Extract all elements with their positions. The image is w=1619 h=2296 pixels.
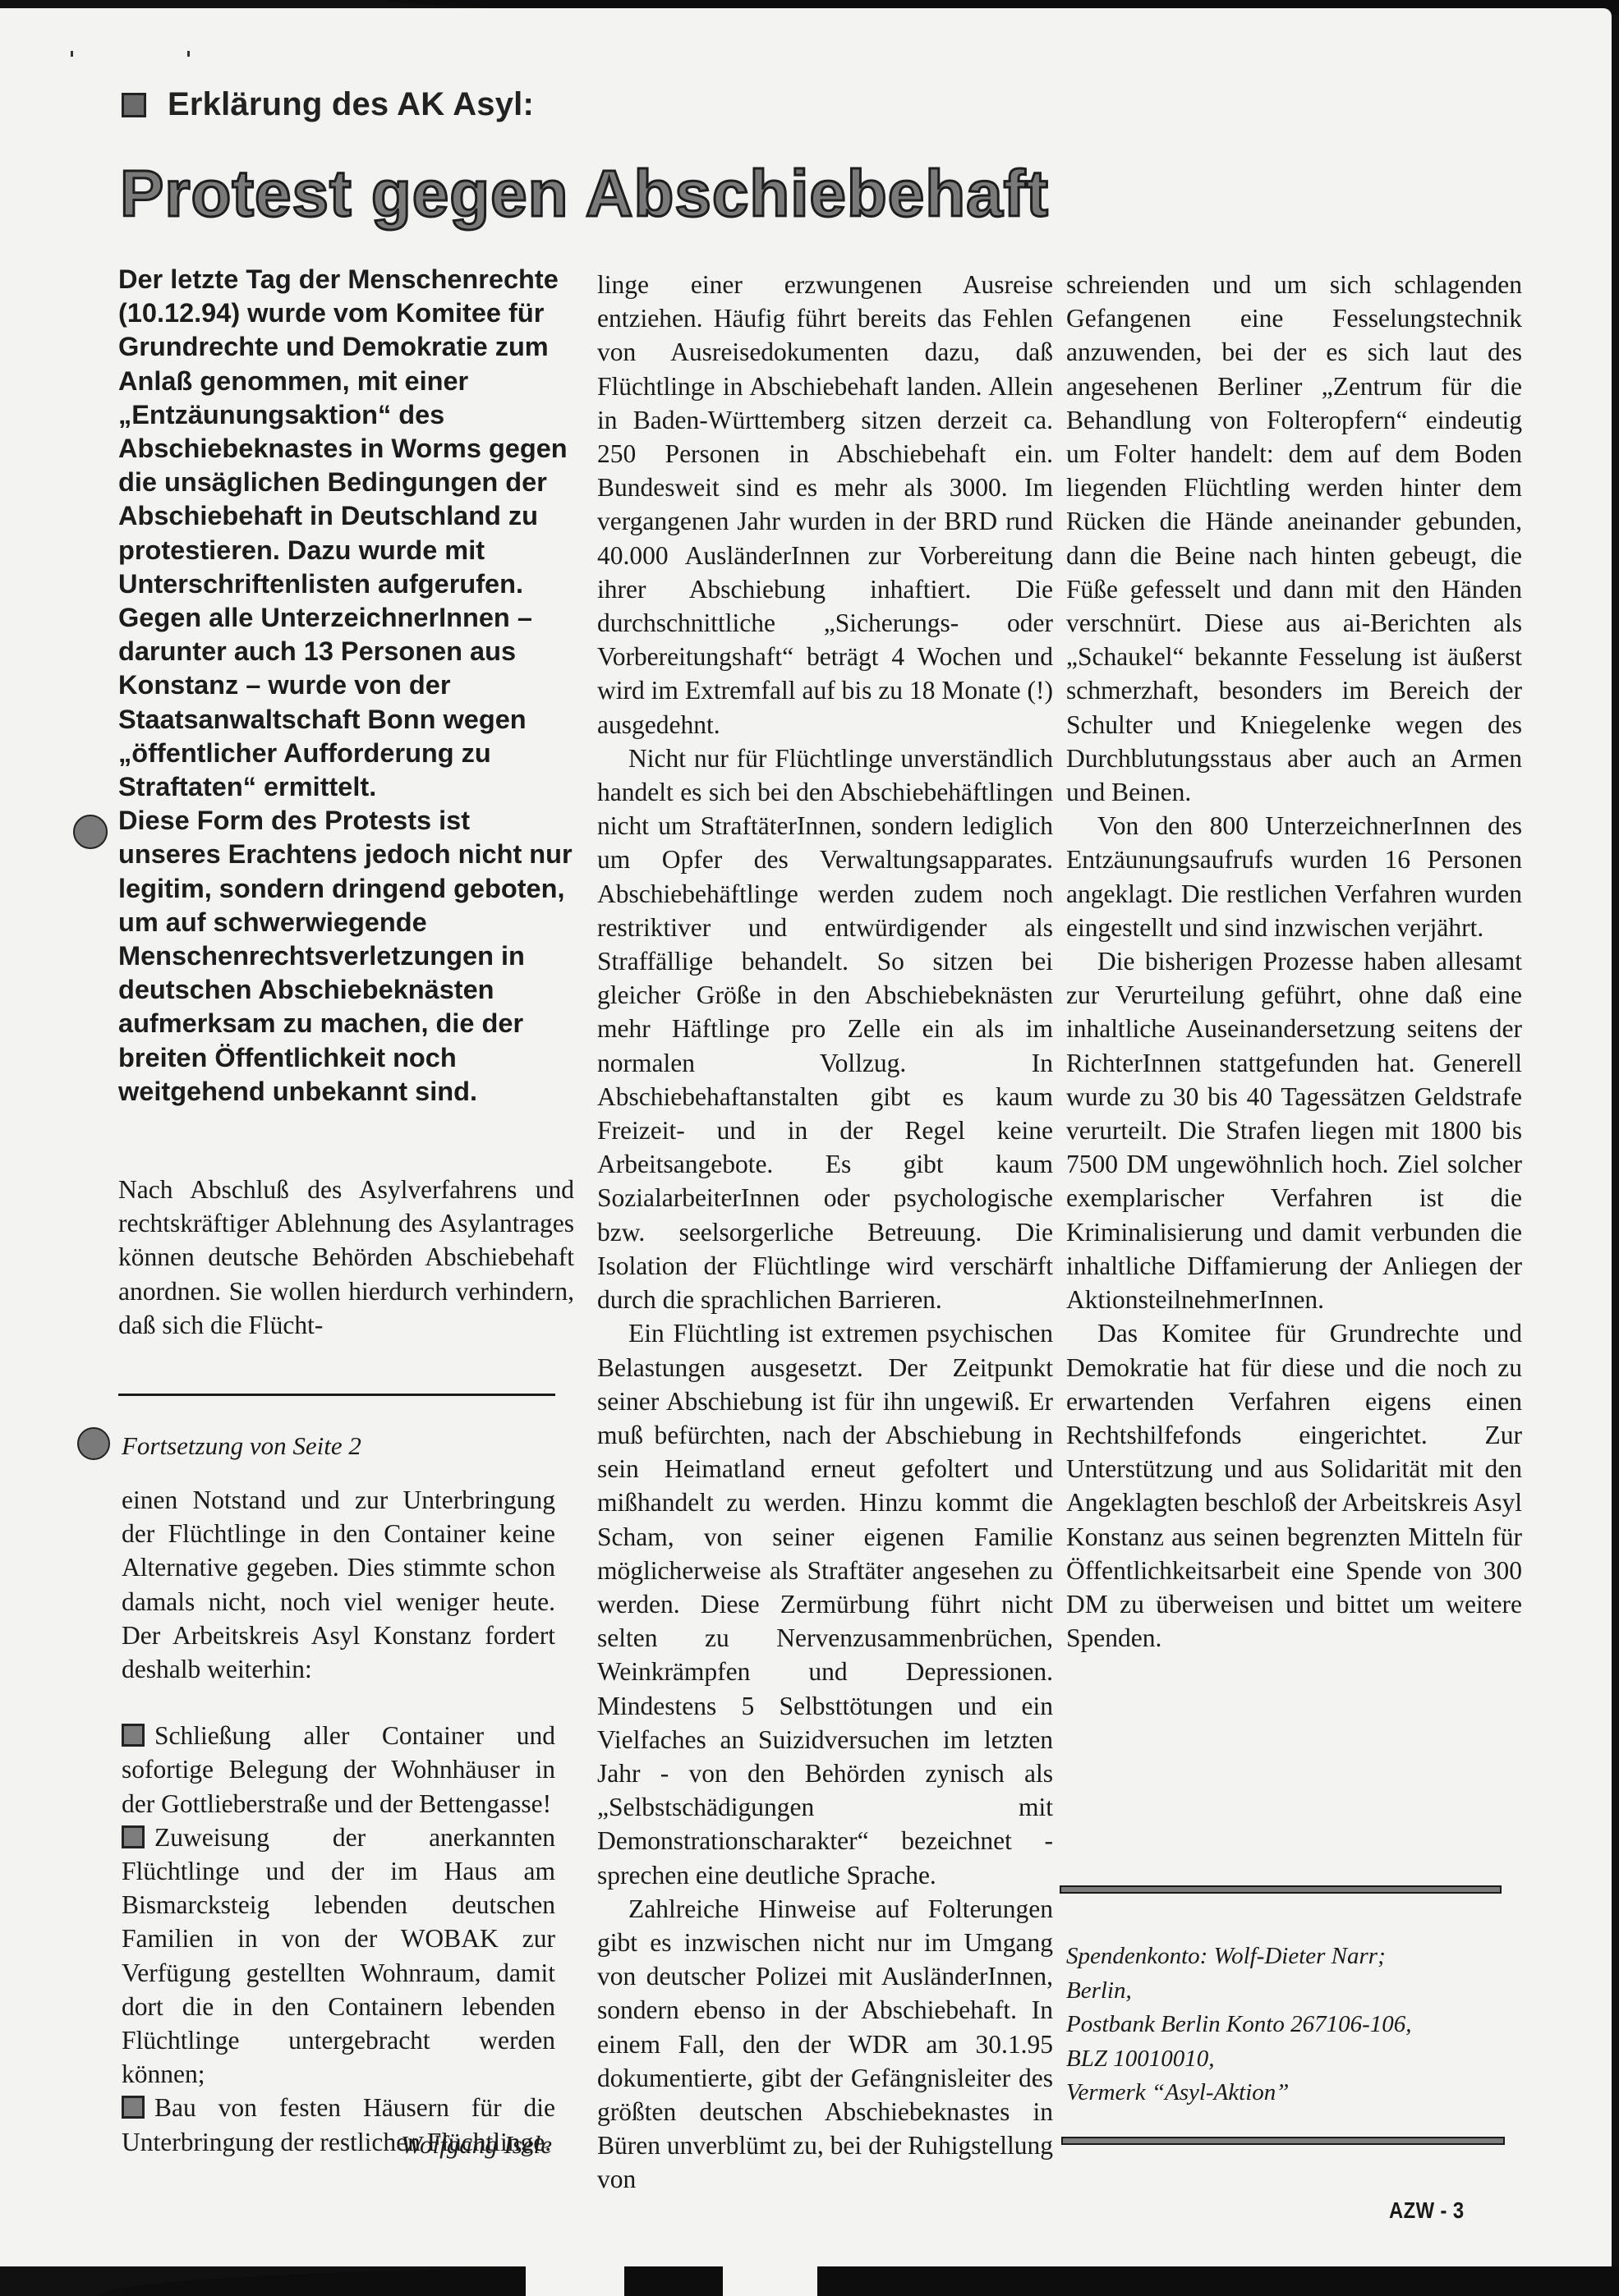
continuation-intro: einen Notstand und zur Unterbringung der… [122, 1483, 555, 1686]
demand-item-2: Zuweisung der anerkannten Flüchtlinge un… [122, 1821, 555, 2092]
column-3: schreienden und um sich schlagenden Gefa… [1066, 268, 1522, 1655]
demand-text: Zuweisung der anerkannten Flüchtlinge un… [122, 1823, 555, 2088]
paragraph: Nicht nur für Flüchtlinge unverständlich… [597, 742, 1053, 1316]
kicker-text: Erklärung des AK Asyl: [168, 86, 534, 123]
lead-paragraph-2: Diese Form des Protests ist unseres Erac… [118, 804, 574, 1109]
continued-from-label: Fortsetzung von Seite 2 [122, 1431, 361, 1461]
lead-paragraph-1: Der letzte Tag der Menschenrechte (10.12… [118, 263, 574, 804]
scan-gap [723, 2266, 817, 2296]
donation-line: Vermerk “Asyl-Aktion” [1066, 2076, 1526, 2110]
scan-speck [187, 51, 190, 57]
donation-line: Spendenkonto: Wolf-Dieter Narr; [1066, 1940, 1526, 1974]
paragraph: Ein Flüchtling ist extremen psychischen … [597, 1316, 1053, 1891]
article-kicker: Erklärung des AK Asyl: [122, 86, 534, 123]
demand-item-1: Schließung aller Container und sofortige… [122, 1719, 555, 1821]
paragraph: linge einer erzwungenen Ausreise entzieh… [597, 268, 1053, 742]
donation-account-box: Spendenkonto: Wolf-Dieter Narr; Berlin, … [1066, 1940, 1526, 2110]
column-3-text: schreienden und um sich schlagenden Gefa… [1066, 268, 1522, 1655]
donation-line: Postbank Berlin Konto 267106-106, [1066, 2008, 1526, 2042]
donation-line: Berlin, [1066, 1974, 1526, 2009]
square-bullet-icon [122, 1825, 145, 1848]
punch-hole-marker-icon [73, 815, 108, 849]
donation-box-bottom-rule [1061, 2137, 1505, 2145]
scan-gap [526, 2266, 624, 2296]
punch-hole-marker-icon [77, 1427, 110, 1460]
column-1: Der letzte Tag der Menschenrechte (10.12… [118, 263, 574, 1109]
paragraph: Das Komitee für Grundrechte und Demokrat… [1066, 1316, 1522, 1655]
donation-line: BLZ 10010010, [1066, 2042, 1526, 2077]
continuation-block: einen Notstand und zur Unterbringung der… [122, 1483, 555, 2159]
scan-border-bottom [99, 2266, 1619, 2296]
square-bullet-icon [122, 2096, 145, 2119]
scan-speck [71, 51, 73, 57]
paragraph: schreienden und um sich schlagenden Gefa… [1066, 268, 1522, 809]
paragraph: Zahlreiche Hinweise auf Folterungen gibt… [597, 1892, 1053, 2197]
column-2: linge einer erzwungenen Ausreise entzieh… [597, 268, 1053, 2197]
demand-text: Schließung aller Container und sofortige… [122, 1721, 555, 1817]
paragraph: Die bisherigen Prozesse haben allesamt z… [1066, 944, 1522, 1316]
newspaper-page: Erklärung des AK Asyl: Protest gegen Abs… [0, 8, 1612, 2266]
square-bullet-icon [122, 93, 146, 117]
column-1-body: Nach Abschluß des Asylverfahrens und rec… [118, 1173, 574, 1342]
donation-box-top-rule [1060, 1885, 1502, 1894]
square-bullet-icon [122, 1724, 145, 1747]
paragraph: Von den 800 UnterzeichnerInnen des Entzä… [1066, 809, 1522, 944]
article-headline: Protest gegen Abschiebehaft [120, 156, 1049, 232]
author-byline: Wolfgang Isele [386, 2130, 552, 2160]
page-number: AZW - 3 [1389, 2197, 1465, 2224]
column-2-text: linge einer erzwungenen Ausreise entzieh… [597, 268, 1053, 2197]
lead-paragraphs: Der letzte Tag der Menschenrechte (10.12… [118, 263, 574, 1109]
intro-body-text: Nach Abschluß des Asylverfahrens und rec… [118, 1173, 574, 1342]
section-divider [118, 1394, 555, 1396]
